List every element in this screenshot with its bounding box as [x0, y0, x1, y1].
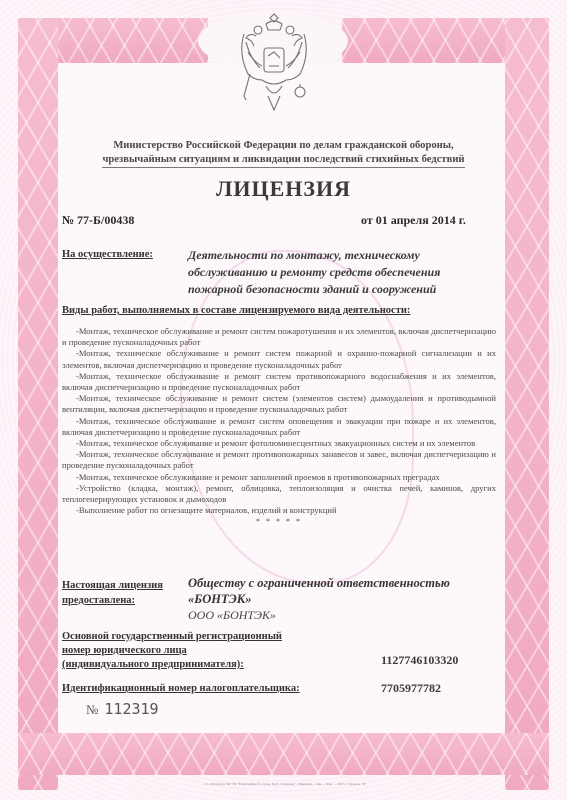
ministry-line-2: чрезвычайным ситуациям и ликвидации посл… [102, 153, 464, 168]
guilloche-border-right [505, 18, 549, 790]
works-title: Виды работ, выполняемых в составе лиценз… [62, 305, 410, 316]
work-item: -Монтаж, техническое обслуживание и ремо… [62, 472, 496, 483]
activity-label: На осуществление: [62, 249, 153, 260]
issuing-authority: Министерство Российской Федерации по дел… [60, 139, 507, 168]
granted-label-line-1: Настоящая лицензия [62, 578, 163, 593]
licensee: Обществу с ограниченной ответственностью… [188, 575, 508, 623]
license-page: Министерство Российской Федерации по дел… [0, 0, 567, 800]
form-serial-number: №112319 [86, 700, 159, 718]
licensee-short-name: ООО «БОНТЭК» [188, 607, 508, 623]
guilloche-border-left [18, 18, 58, 790]
licensed-activity: Деятельности по монтажу, техническому об… [188, 247, 488, 298]
ogrn-label-line-3: (индивидуального предпринимателя): [62, 658, 302, 672]
ministry-line-1: Министерство Российской Федерации по дел… [60, 139, 507, 153]
ogrn-value: 1127746103320 [381, 653, 458, 668]
work-item: -Монтаж, техническое обслуживание и ремо… [62, 393, 496, 415]
work-item: -Монтаж, техническое обслуживание и ремо… [62, 371, 496, 393]
licensee-full-name-1: Обществу с ограниченной ответственностью [188, 575, 508, 591]
coat-of-arms-eagle-icon [236, 12, 312, 118]
inn-label: Идентификационный номер налогоплательщик… [62, 683, 300, 694]
guilloche-border-bottom [18, 733, 549, 775]
granted-to-label: Настоящая лицензия предоставлена: [62, 578, 163, 608]
work-item: -Монтаж, техническое обслуживание и ремо… [62, 416, 496, 438]
granted-label-line-2: предоставлена: [62, 593, 163, 608]
work-item: -Монтаж, техническое обслуживание и ремо… [62, 348, 496, 370]
ogrn-label: Основной государственный регистрационный… [62, 630, 302, 672]
work-item: -Монтаж, техническое обслуживание и ремо… [62, 438, 496, 449]
license-date: от 01 апреля 2014 г. [361, 213, 466, 228]
ogrn-label-line-2: номер юридического лица [62, 644, 302, 658]
work-item: -Монтаж, техническое обслуживание и ремо… [62, 326, 496, 348]
serial-value: 112319 [104, 700, 158, 718]
printer-microprint: г.С.-Петербург ФГУП "Типография № 12 им.… [60, 782, 510, 786]
license-number: № 77-Б/00438 [62, 213, 134, 228]
inn-value: 7705977782 [381, 681, 441, 696]
document-title: ЛИЦЕНЗИЯ [60, 176, 507, 202]
serial-prefix: № [86, 702, 98, 717]
work-item: -Устройство (кладка, монтаж), ремонт, об… [62, 483, 496, 505]
works-list: -Монтаж, техническое обслуживание и ремо… [62, 326, 496, 528]
work-item: -Монтаж, техническое обслуживание и ремо… [62, 449, 496, 471]
licensee-full-name-2: «БОНТЭК» [188, 591, 508, 607]
end-of-list-mark: * * * * * [62, 516, 496, 527]
ogrn-label-line-1: Основной государственный регистрационный [62, 630, 302, 644]
work-item: -Выполнение работ по огнезащите материал… [62, 505, 496, 516]
